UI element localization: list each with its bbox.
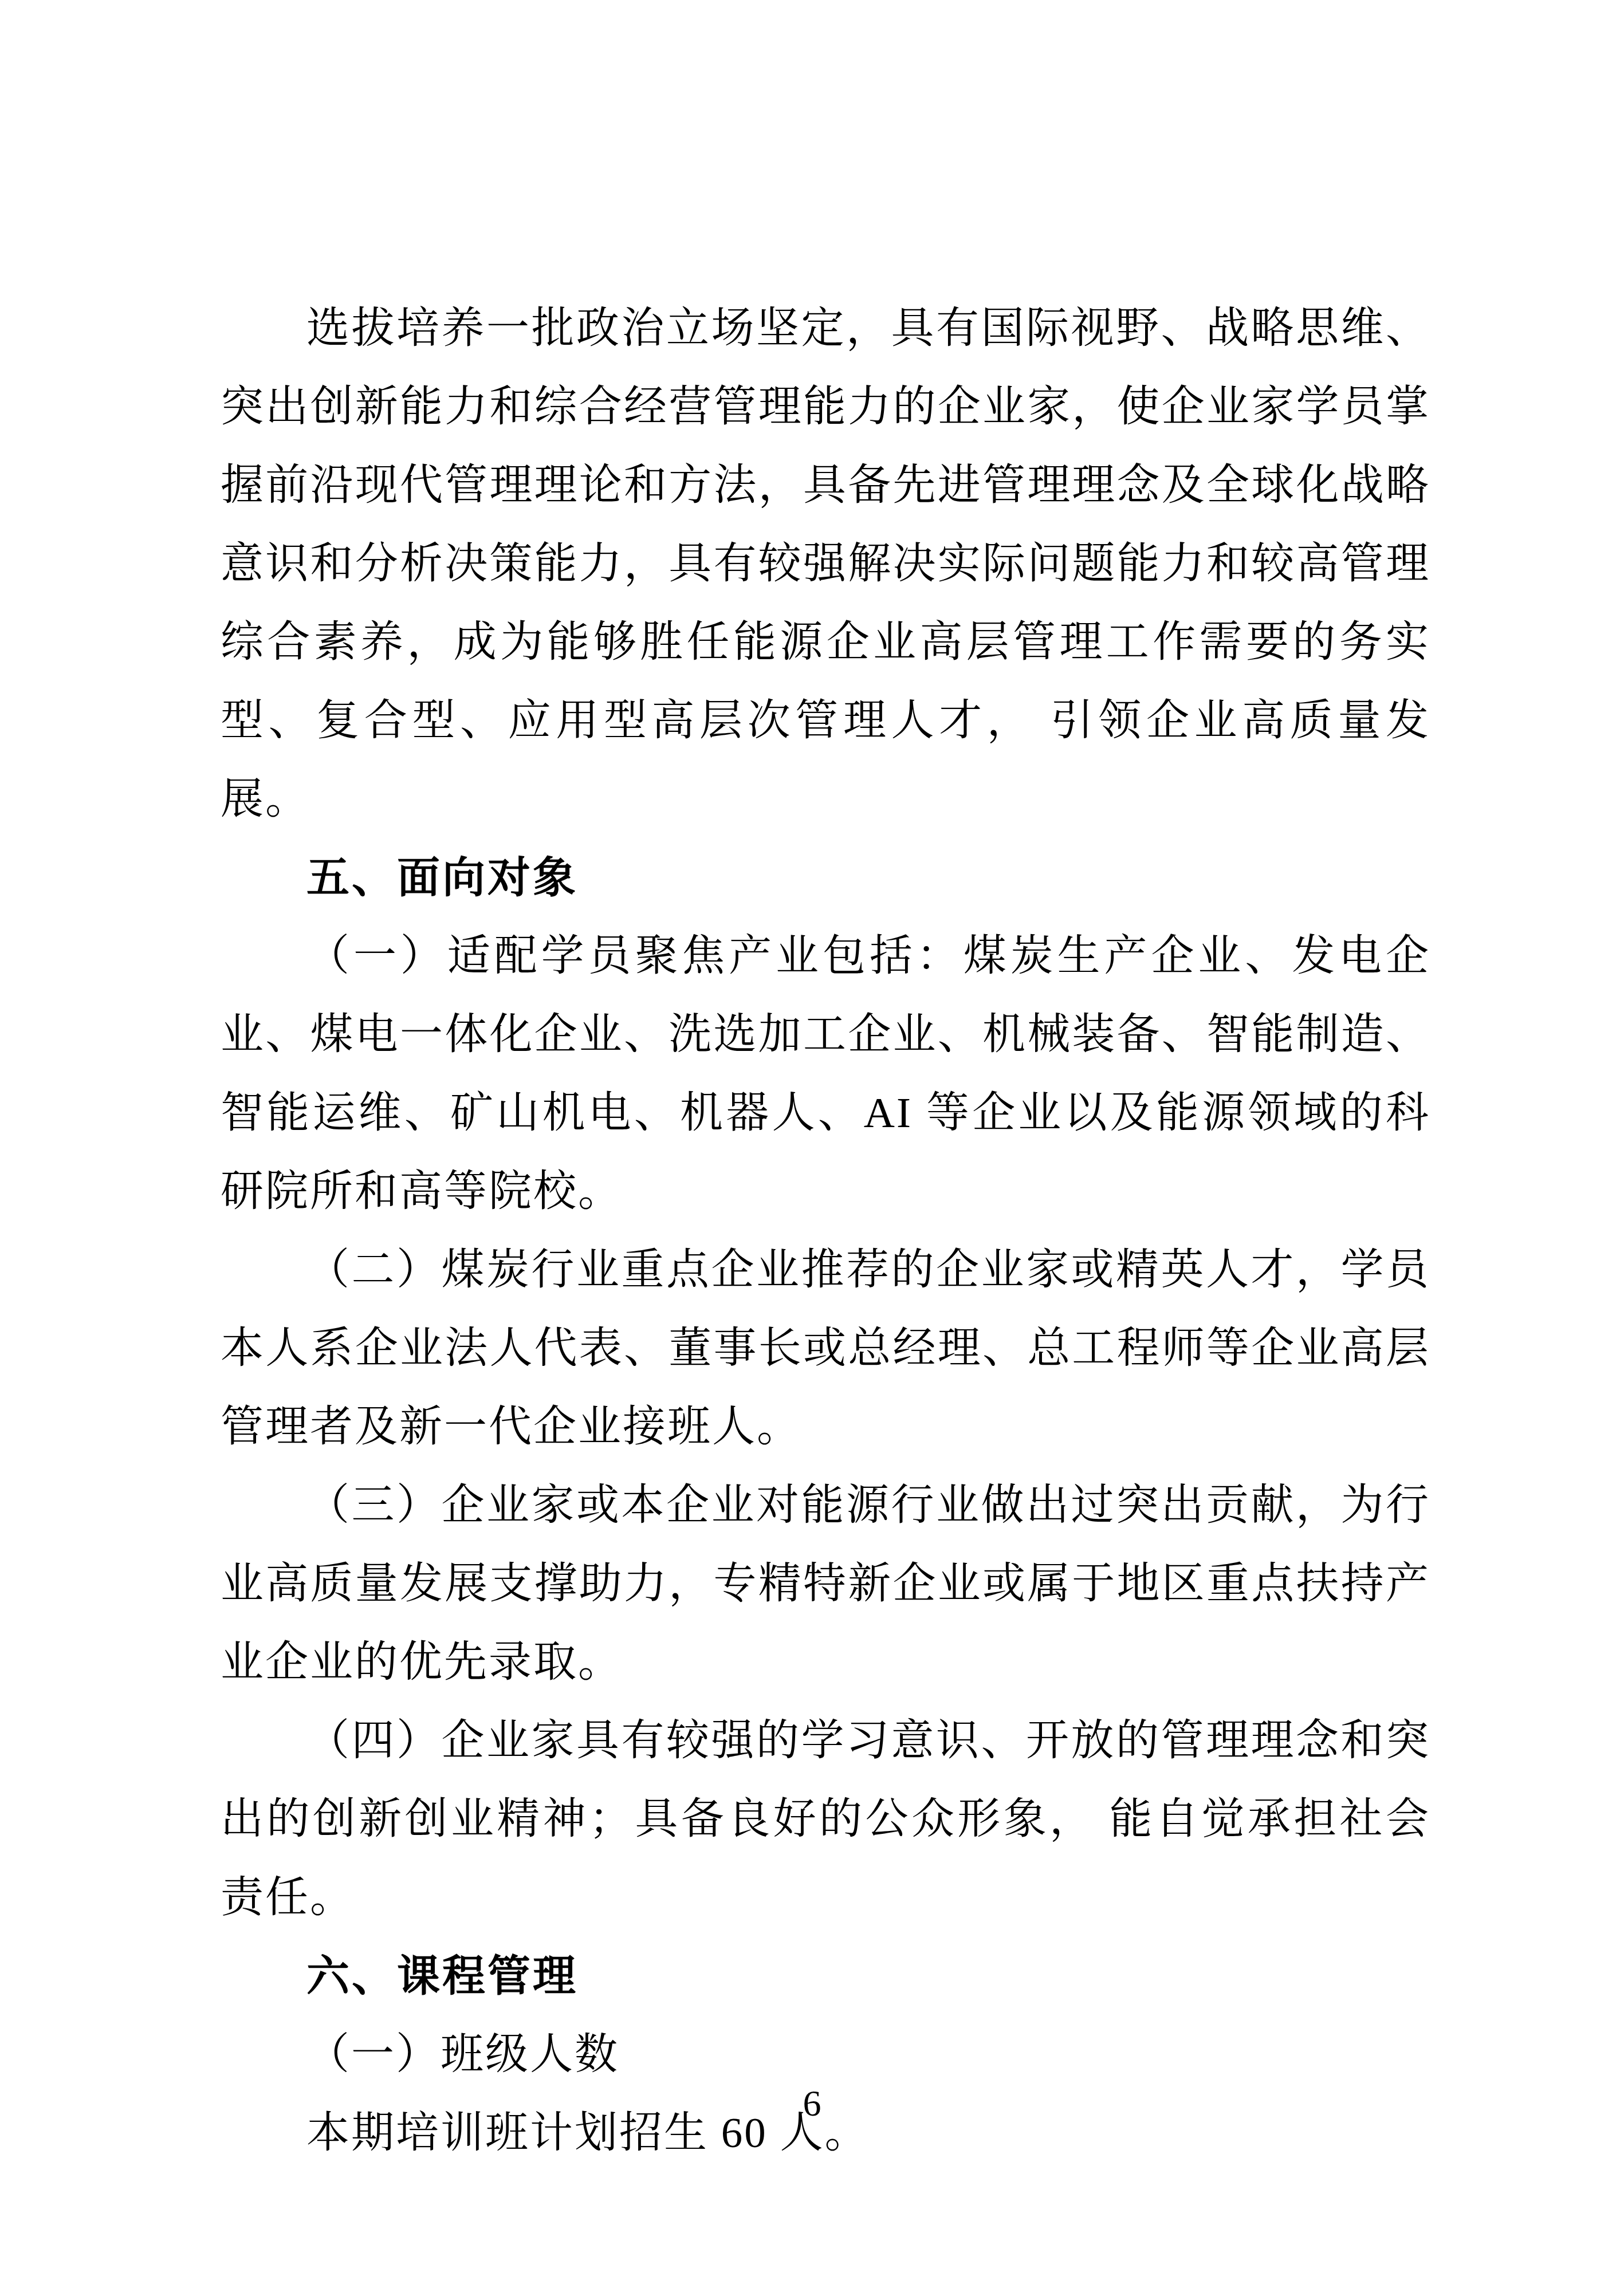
item-3-paragraph: （三）企业家或本企业对能源行业做出过突出贡献，为行业高质量发展支撑助力，专精特新… [221, 1466, 1430, 1702]
item-1-paragraph: （一）适配学员聚焦产业包括：煤炭生产企业、发电企业、煤电一体化企业、洗选加工企业… [221, 917, 1430, 1231]
section-heading-6-course-management: 六、课程管理 [221, 1937, 1430, 2015]
item-2-paragraph: （二）煤炭行业重点企业推荐的企业家或精英人才，学员本人系企业法人代表、董事长或总… [221, 1231, 1430, 1466]
sub-heading-class-size: （一）班级人数 [221, 2015, 1430, 2094]
section-heading-5-target-audience: 五、面向对象 [221, 838, 1430, 917]
item-4-paragraph: （四）企业家具有较强的学习意识、开放的管理理念和突出的创新创业精神；具备良好的公… [221, 1702, 1430, 1937]
page-content: 选拔培养一批政治立场坚定，具有国际视野、战略思维、突出创新能力和综合经营管理能力… [221, 289, 1430, 2172]
document-page: 选拔培养一批政治立场坚定，具有国际视野、战略思维、突出创新能力和综合经营管理能力… [0, 0, 1624, 2296]
intro-paragraph: 选拔培养一批政治立场坚定，具有国际视野、战略思维、突出创新能力和综合经营管理能力… [221, 289, 1430, 838]
page-number: 6 [0, 2084, 1624, 2124]
